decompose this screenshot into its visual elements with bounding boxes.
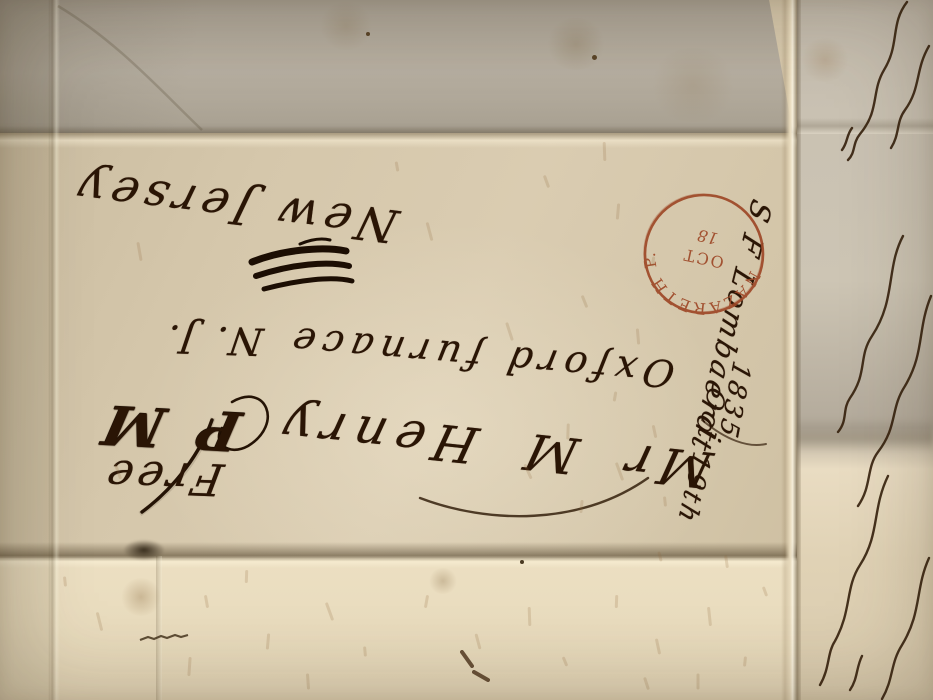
postmark-day: 18 <box>696 225 720 248</box>
address-state-abbr: N. J. <box>160 316 265 363</box>
inner-page-crease <box>797 118 933 134</box>
inner-page-edge <box>797 0 933 700</box>
top-fold-flap <box>0 0 797 133</box>
left-shading <box>0 0 50 700</box>
cover-folded-edge <box>781 0 801 700</box>
fold-crease-bottom <box>0 542 797 568</box>
lower-fold-panel <box>0 558 797 700</box>
letter-photo: New Jersey Oxford furnace N. J. Mr M Hen… <box>0 0 933 700</box>
fold-crease-top <box>0 126 797 148</box>
free-marking: Free <box>99 450 228 505</box>
postmark-month: OCT <box>681 245 726 272</box>
postmark-stamp: NAZARETH P. OCT 18 <box>627 177 781 331</box>
inner-page-crease <box>797 418 933 452</box>
fold-crease-lower <box>156 556 162 700</box>
